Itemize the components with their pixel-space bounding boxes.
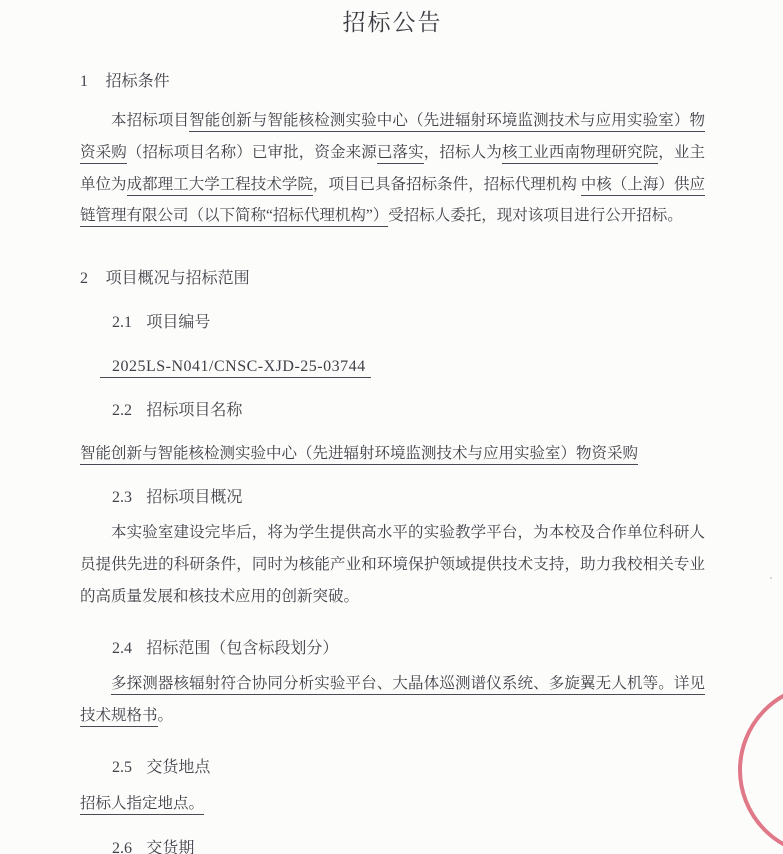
scanned-document-page: 招标公告 1招标条件 本招标项目智能创新与智能核检测实验中心（先进辐射环境监测技…: [0, 0, 783, 854]
section-1-number: 1: [80, 71, 88, 93]
delivery-place: 招标人指定地点。: [80, 795, 204, 815]
text-segment: 。: [158, 707, 174, 724]
project-name: 智能创新与智能核检测实验中心（先进辐射环境监测技术与应用实验室）物资采购: [80, 445, 638, 465]
section-2-number: 2: [80, 268, 88, 290]
project-overview-paragraph: 本实验室建设完毕后，将为学生提供高水平的实验教学平台，为本校及合作单位科研人员提…: [80, 517, 705, 613]
document-title: 招标公告: [80, 8, 705, 38]
text-segment-underlined: 多探测器核辐射符合协同分析实验平台、大晶体巡测谱仪系统、多旋翼无人机等。详见技术…: [80, 675, 705, 727]
section-2-6-number: 2.6: [112, 838, 132, 854]
section-2-5-label: 交货地点: [146, 759, 210, 776]
section-2-4-number: 2.4: [112, 638, 132, 660]
section-2-5-number: 2.5: [112, 757, 132, 779]
section-2-4-label: 招标范围（包含标段划分）: [146, 640, 338, 657]
section-2-1-heading: 2.1项目编号: [112, 312, 705, 334]
section-1-heading: 1招标条件: [80, 71, 705, 93]
text-segment: 受招标人委托，现对该项目进行公开招标。: [388, 207, 683, 224]
section-2-3-number: 2.3: [112, 487, 132, 509]
scan-speck: [770, 577, 772, 579]
section-2-4-heading: 2.4招标范围（包含标段划分）: [112, 638, 705, 660]
text-segment-underlined: 已落实: [377, 144, 424, 164]
document-body: 招标公告 1招标条件 本招标项目智能创新与智能核检测实验中心（先进辐射环境监测技…: [0, 0, 783, 854]
section-2-1-label: 项目编号: [146, 314, 210, 331]
section-2-6-label: 交货期: [146, 840, 194, 854]
text-segment-underlined: 核工业西南物理研究院: [502, 144, 658, 164]
section-2-2-heading: 2.2招标项目名称: [112, 400, 705, 422]
text-segment: ，项目已具备招标条件，招标代理机构: [313, 176, 581, 193]
section-1-label: 招标条件: [106, 73, 170, 90]
project-name-line: 智能创新与智能核检测实验中心（先进辐射环境监测技术与应用实验室）物资采购: [80, 443, 705, 465]
section-2-heading: 2项目概况与招标范围: [80, 268, 705, 290]
section-2-2-number: 2.2: [112, 400, 132, 422]
scan-speck: [97, 205, 100, 207]
text-segment: （招标项目名称）已审批，资金来源: [127, 144, 377, 161]
section-2-6-heading: 2.6交货期: [112, 838, 705, 854]
project-number-line: 2025LS-N041/CNSC-XJD-25-03744: [100, 356, 705, 378]
section-2-2-label: 招标项目名称: [146, 402, 242, 419]
text-segment: ，招标人为: [424, 144, 502, 161]
section-2-label: 项目概况与招标范围: [106, 270, 250, 287]
text-segment-underlined: 成都理工大学工程技术学院: [127, 176, 313, 196]
bidding-scope-paragraph: 多探测器核辐射符合协同分析实验平台、大晶体巡测谱仪系统、多旋翼无人机等。详见技术…: [80, 668, 705, 732]
text-segment-underlined: 招标人指定地点。: [80, 795, 204, 815]
section-2-1-number: 2.1: [112, 312, 132, 334]
project-number: 2025LS-N041/CNSC-XJD-25-03744: [100, 358, 371, 378]
section-2-3-heading: 2.3招标项目概况: [112, 487, 705, 509]
delivery-place-line: 招标人指定地点。: [80, 793, 705, 815]
text-segment: 本招标项目: [111, 112, 189, 129]
tender-conditions-paragraph: 本招标项目智能创新与智能核检测实验中心（先进辐射环境监测技术与应用实验室）物资采…: [80, 105, 705, 232]
section-2-5-heading: 2.5交货地点: [112, 757, 705, 779]
section-2-3-label: 招标项目概况: [146, 489, 242, 506]
